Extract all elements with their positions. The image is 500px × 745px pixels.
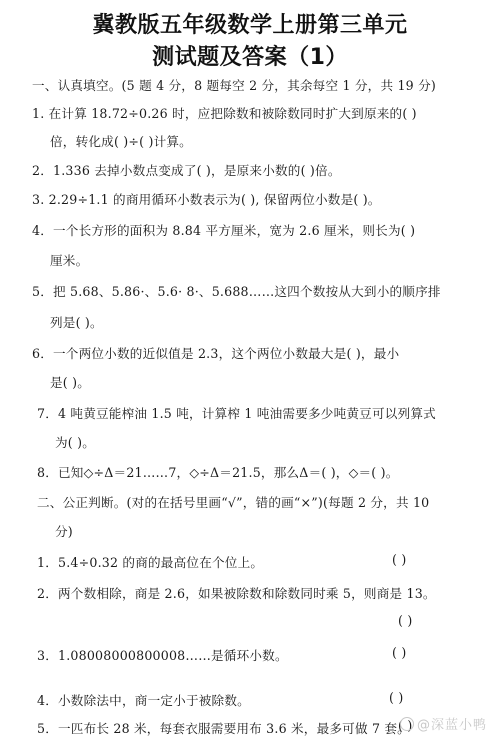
question-7-line-1: 7．4 吨黄豆能榨油 1.5 吨，计算榨 1 吨油需要多少吨黄豆可以列算式 — [37, 403, 436, 422]
question-5-line-1: 5．把 5.68、5.86·、5.6· 8·、5.688……这四个数按从大到小的… — [32, 281, 441, 300]
question-2: 2．1.336 去掉小数点变成了( )，是原来小数的( )倍。 — [32, 160, 341, 179]
judge-answer-box-1[interactable]: ( ) — [392, 552, 406, 567]
watermark-text: @深蓝小鸭 — [417, 718, 487, 733]
question-1-line-1: 1. 在计算 18.72÷0.26 时，应把除数和被除数同时扩大到原来的( ) — [32, 103, 417, 122]
section-2-heading-cont: 分) — [55, 521, 73, 540]
watermark-logo-icon — [400, 717, 414, 731]
question-4-line-2: 厘米。 — [50, 250, 88, 269]
question-1-line-2: 倍，转化成( )÷( )计算。 — [50, 131, 192, 150]
question-6-line-2: 是( )。 — [50, 372, 90, 391]
section-1-heading: 一、认真填空。(5 题 4 分，8 题每空 2 分，其余每空 1 分，共 19 … — [32, 75, 436, 94]
judge-answer-box-2[interactable]: ( ) — [398, 613, 412, 628]
judge-question-2: 2．两个数相除，商是 2.6，如果被除数和除数同时乘 5，则商是 13。 — [37, 583, 436, 602]
judge-answer-box-3[interactable]: ( ) — [392, 645, 406, 660]
question-3: 3. 2.29÷1.1 的商用循环小数表示为( ), 保留两位小数是( )。 — [32, 189, 381, 208]
question-4-line-1: 4．一个长方形的面积为 8.84 平方厘米，宽为 2.6 厘米，则长为( ) — [32, 220, 415, 239]
document-subtitle: 测试题及答案（1） — [0, 40, 500, 71]
judge-question-4: 4．小数除法中，商一定小于被除数。 — [37, 690, 250, 709]
question-7-line-2: 为( )。 — [55, 432, 95, 451]
section-2-heading: 二、公正判断。(对的在括号里画“√”，错的画“×”)(每题 2 分，共 10 — [37, 492, 429, 511]
judge-question-1: 1．5.4÷0.32 的商的最高位在个位上。 — [37, 552, 263, 571]
document-title: 冀教版五年级数学上册第三单元 — [0, 8, 500, 39]
watermark: @深蓝小鸭 — [400, 714, 487, 733]
judge-answer-box-4[interactable]: ( ) — [389, 690, 403, 705]
question-6-line-1: 6．一个两位小数的近似值是 2.3，这个两位小数最大是( )，最小 — [32, 343, 399, 362]
judge-question-3: 3．1.08008000800008……是循环小数。 — [37, 645, 288, 664]
question-5-line-2: 列是( )。 — [50, 312, 103, 331]
question-8: 8．已知◇÷Δ＝21……7，◇÷Δ＝21.5，那么Δ＝( )，◇＝( )。 — [37, 462, 399, 481]
judge-question-5: 5．一匹布长 28 米，每套衣服需要用布 3.6 米，最多可做 7 套。 — [37, 718, 410, 737]
